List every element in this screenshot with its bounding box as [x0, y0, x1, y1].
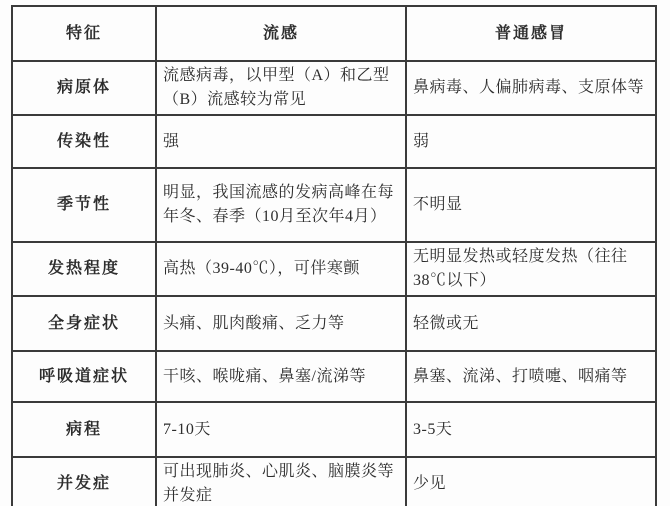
- feature-cell: 季节性: [12, 168, 156, 242]
- flu-cell: 7-10天: [156, 402, 406, 457]
- table-row: 发热程度 高热（39-40℃），可伴寒颤 无明显发热或轻度发热（往往38℃以下）: [12, 242, 656, 296]
- flu-cell: 干咳、喉咙痛、鼻塞/流涕等: [156, 351, 406, 402]
- table-row: 并发症 可出现肺炎、心肌炎、脑膜炎等并发症 少见: [12, 457, 656, 506]
- comparison-table: 特征 流感 普通感冒 病原体 流感病毒，以甲型（A）和乙型（B）流感较为常见 鼻…: [11, 5, 657, 506]
- cold-cell: 鼻塞、流涕、打喷嚏、咽痛等: [406, 351, 656, 402]
- cold-cell: 无明显发热或轻度发热（往往38℃以下）: [406, 242, 656, 296]
- table-row: 传染性 强 弱: [12, 115, 656, 168]
- flu-cell: 流感病毒，以甲型（A）和乙型（B）流感较为常见: [156, 61, 406, 115]
- table-row: 全身症状 头痛、肌肉酸痛、乏力等 轻微或无: [12, 296, 656, 351]
- cold-cell: 3-5天: [406, 402, 656, 457]
- feature-cell: 并发症: [12, 457, 156, 506]
- cold-cell: 轻微或无: [406, 296, 656, 351]
- feature-cell: 病程: [12, 402, 156, 457]
- flu-cell: 高热（39-40℃），可伴寒颤: [156, 242, 406, 296]
- flu-cell: 头痛、肌肉酸痛、乏力等: [156, 296, 406, 351]
- header-row: 特征 流感 普通感冒: [12, 6, 656, 61]
- flu-cell: 强: [156, 115, 406, 168]
- table-row: 病程 7-10天 3-5天: [12, 402, 656, 457]
- table-body: 病原体 流感病毒，以甲型（A）和乙型（B）流感较为常见 鼻病毒、人偏肺病毒、支原…: [12, 61, 656, 506]
- feature-cell: 发热程度: [12, 242, 156, 296]
- feature-cell: 病原体: [12, 61, 156, 115]
- page: 特征 流感 普通感冒 病原体 流感病毒，以甲型（A）和乙型（B）流感较为常见 鼻…: [0, 0, 670, 506]
- column-header-feature: 特征: [12, 6, 156, 61]
- cold-cell: 弱: [406, 115, 656, 168]
- table-header: 特征 流感 普通感冒: [12, 6, 656, 61]
- flu-cell: 可出现肺炎、心肌炎、脑膜炎等并发症: [156, 457, 406, 506]
- cold-cell: 鼻病毒、人偏肺病毒、支原体等: [406, 61, 656, 115]
- table-row: 季节性 明显，我国流感的发病高峰在每年冬、春季（10月至次年4月） 不明显: [12, 168, 656, 242]
- table-row: 病原体 流感病毒，以甲型（A）和乙型（B）流感较为常见 鼻病毒、人偏肺病毒、支原…: [12, 61, 656, 115]
- cold-cell: 不明显: [406, 168, 656, 242]
- cold-cell: 少见: [406, 457, 656, 506]
- feature-cell: 呼吸道症状: [12, 351, 156, 402]
- feature-cell: 全身症状: [12, 296, 156, 351]
- feature-cell: 传染性: [12, 115, 156, 168]
- column-header-flu: 流感: [156, 6, 406, 61]
- column-header-cold: 普通感冒: [406, 6, 656, 61]
- flu-cell: 明显，我国流感的发病高峰在每年冬、春季（10月至次年4月）: [156, 168, 406, 242]
- table-row: 呼吸道症状 干咳、喉咙痛、鼻塞/流涕等 鼻塞、流涕、打喷嚏、咽痛等: [12, 351, 656, 402]
